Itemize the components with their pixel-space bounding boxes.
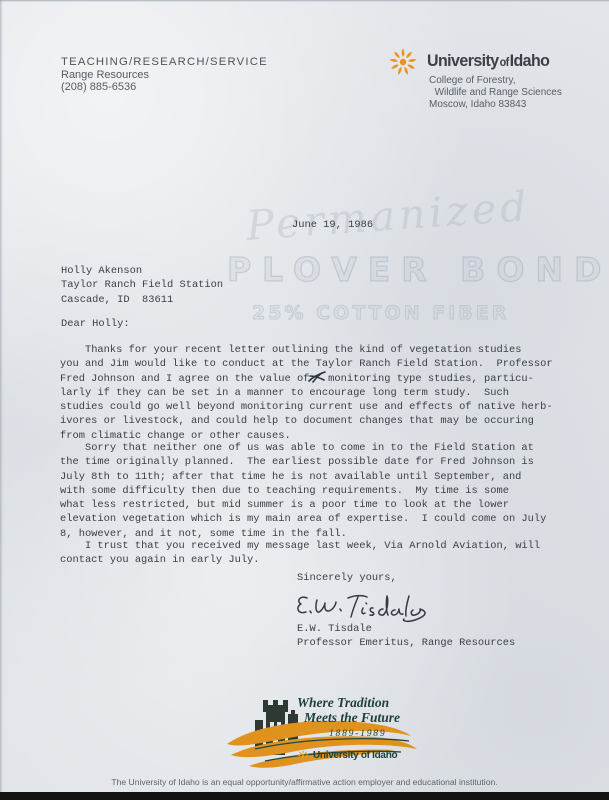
letterhead-phone: (208) 885-6536: [61, 81, 136, 93]
wordmark-of: of: [499, 57, 510, 69]
typed-signature-name: E.W. Tisdale: [297, 622, 372, 636]
centennial-years: 1889-1989: [329, 729, 386, 739]
ink-smudge: [307, 370, 327, 385]
centennial-sunburst-icon: [296, 749, 310, 763]
scan-edge-left: [0, 0, 3, 800]
scanned-letter-page: TEACHING/RESEARCH/SERVICE Range Resource…: [0, 0, 609, 800]
watermark-fiber: 25% COTTON FIBER: [252, 302, 509, 324]
eeo-statement: The University of Idaho is an equal oppo…: [0, 777, 609, 787]
university-wordmark: UniversityofIdaho: [427, 51, 549, 71]
watermark-script: Permanized: [245, 182, 532, 250]
salutation: Dear Holly:: [61, 317, 130, 331]
scan-edge-bottom: [0, 792, 609, 800]
letterhead-program: TEACHING/RESEARCH/SERVICE: [61, 56, 268, 68]
letterhead-department: Range Resources: [61, 69, 149, 81]
centennial-tagline-1: Where Tradition: [297, 695, 389, 711]
university-sunburst-icon: [387, 46, 419, 78]
letter-date: June 19, 1986: [292, 218, 373, 232]
body-paragraph-3: I trust that you received my message las…: [60, 539, 565, 568]
scan-edge-top: [0, 0, 609, 2]
watermark-brand: PLOVER BOND: [227, 250, 609, 289]
wordmark-university: University: [427, 51, 499, 70]
centennial-tagline-2: Meets the Future: [304, 710, 400, 726]
closing-line: Sincerely yours,: [297, 571, 397, 585]
letterhead-college-address: College of Forestry, Wildlife and Range …: [429, 75, 562, 110]
typed-signature-title: Professor Emeritus, Range Resources: [297, 636, 515, 650]
handwritten-signature: [293, 586, 448, 626]
body-paragraph-1: Thanks for your recent letter outlining …: [60, 343, 565, 443]
centennial-wordmark: University of Idaho: [313, 750, 397, 761]
wordmark-idaho: Idaho: [510, 51, 550, 70]
body-paragraph-2: Sorry that neither one of us was able to…: [60, 441, 565, 541]
recipient-address: Holly Akenson Taylor Ranch Field Station…: [61, 264, 223, 307]
